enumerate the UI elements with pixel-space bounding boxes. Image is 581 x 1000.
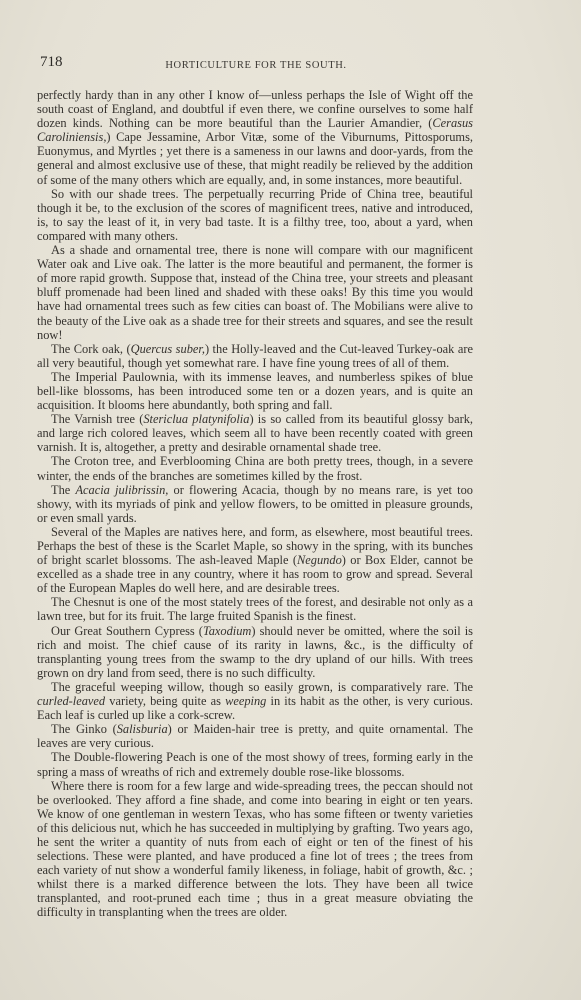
italic-term: Salisburia [117,722,168,736]
paragraph: The Double-flowering Peach is one of the… [37,750,473,778]
paragraph: Where there is room for a few large and … [37,779,473,920]
paragraph: The graceful weeping willow, though so e… [37,680,473,722]
paragraph: The Chesnut is one of the most stately t… [37,595,473,623]
page-body: perfectly hardy than in any other I know… [37,88,473,920]
book-page: 718 HORTICULTURE FOR THE SOUTH. perfectl… [0,0,581,1000]
paragraph: perfectly hardy than in any other I know… [37,88,473,187]
italic-term: curled-leaved [37,694,105,708]
page-header: 718 HORTICULTURE FOR THE SOUTH. [40,56,472,76]
paragraph: The Croton tree, and Everblooming China … [37,454,473,482]
paragraph: The Ginko (Salisburia) or Maiden-hair tr… [37,722,473,750]
paragraph: As a shade and ornamental tree, there is… [37,243,473,342]
paragraph: The Cork oak, (Quercus suber,) the Holly… [37,342,473,370]
italic-term: Negundo [297,553,342,567]
paragraph: The Imperial Paulownia, with its immense… [37,370,473,412]
paragraph: Several of the Maples are natives here, … [37,525,473,595]
paragraph: The Varnish tree (Stericlua platynifolia… [37,412,473,454]
italic-term: Stericlua platynifolia [143,412,249,426]
paragraph: Our Great Southern Cypress (Taxodium) sh… [37,624,473,680]
running-title: HORTICULTURE FOR THE SOUTH. [40,60,472,71]
paragraph: So with our shade trees. The perpetually… [37,187,473,243]
paragraph: The Acacia julibrissin, or flowering Aca… [37,483,473,525]
italic-term: Taxodium [203,624,251,638]
italic-term: Quercus suber, [131,342,205,356]
italic-term: Acacia julibrissin, [75,483,168,497]
italic-term: weeping [225,694,266,708]
